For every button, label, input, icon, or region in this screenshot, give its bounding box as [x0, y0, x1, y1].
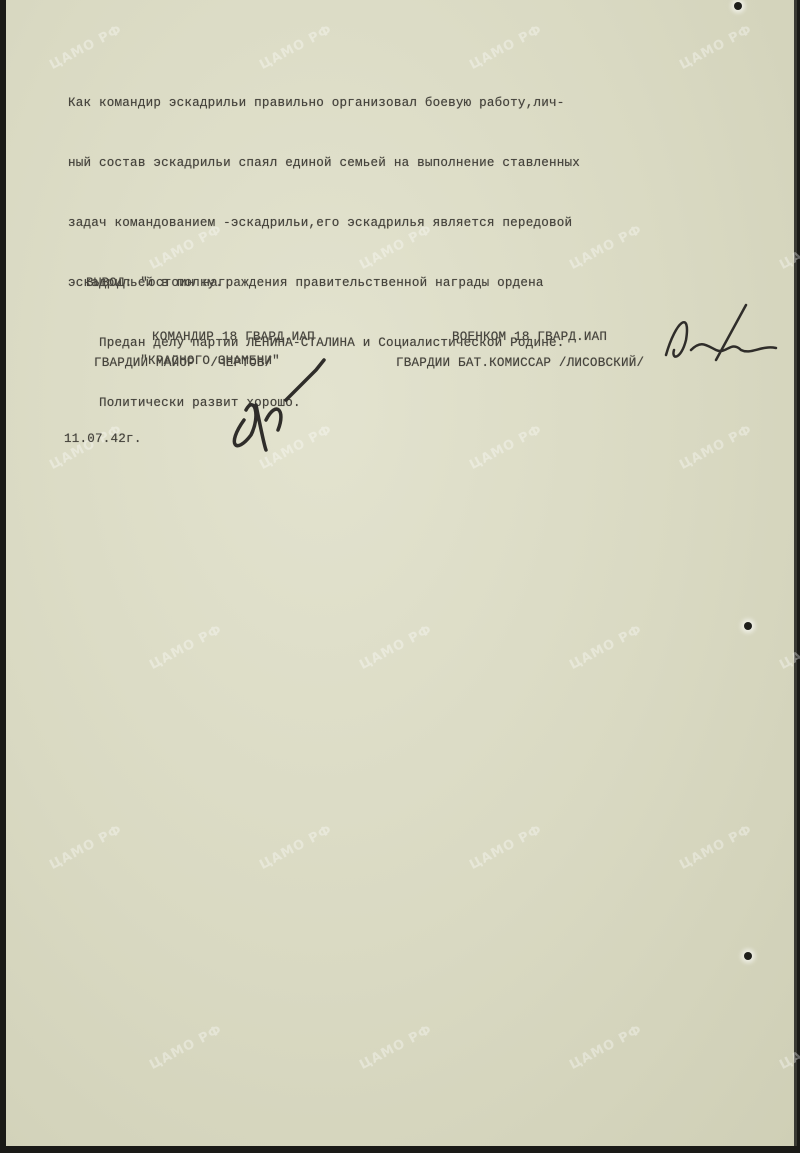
- commissar-name: ГВАРДИИ БАТ.КОМИССАР /ЛИСОВСКИЙ/: [396, 356, 644, 370]
- conclusion-line: ВЫВОД: "остоин награждения правительстве…: [86, 270, 544, 296]
- commissar-signature: [646, 300, 796, 380]
- body-line: Как командир эскадрильи правильно органи…: [68, 93, 580, 113]
- watermark-text: ЦАМО РФ: [777, 622, 800, 673]
- binding-hole: [744, 952, 752, 960]
- watermark-text: ЦАМО РФ: [777, 222, 800, 273]
- watermark-text: ЦАМО РФ: [147, 1022, 225, 1073]
- watermark-text: ЦАМО РФ: [677, 422, 755, 473]
- watermark-text: ЦАМО РФ: [467, 822, 545, 873]
- body-line: ный состав эскадрильи спаял единой семье…: [68, 153, 580, 173]
- watermark-text: ЦАМО РФ: [567, 1022, 645, 1073]
- document-date: 11.07.42г.: [64, 432, 142, 446]
- watermark-text: ЦАМО РФ: [567, 622, 645, 673]
- watermark-text: ЦАМО РФ: [677, 22, 755, 73]
- commander-signature: [216, 350, 346, 460]
- document-page: ЦАМО РФЦАМО РФЦАМО РФЦАМО РФЦАМО РФЦАМО …: [6, 0, 797, 1146]
- watermark-text: ЦАМО РФ: [257, 822, 335, 873]
- watermark-text: ЦАМО РФ: [357, 1022, 435, 1073]
- watermark-text: ЦАМО РФ: [677, 822, 755, 873]
- commander-title: КОМАНДИР 18 ГВАРД.ИАП: [152, 330, 315, 344]
- binding-hole: [744, 622, 752, 630]
- watermark-text: ЦАМО РФ: [147, 622, 225, 673]
- binding-hole: [734, 2, 742, 10]
- watermark-text: ЦАМО РФ: [357, 622, 435, 673]
- watermark-text: ЦАМО РФ: [777, 1022, 800, 1073]
- commissar-title: ВОЕНКОМ 18 ГВАРД.ИАП: [452, 330, 607, 344]
- watermark-text: ЦАМО РФ: [47, 822, 125, 873]
